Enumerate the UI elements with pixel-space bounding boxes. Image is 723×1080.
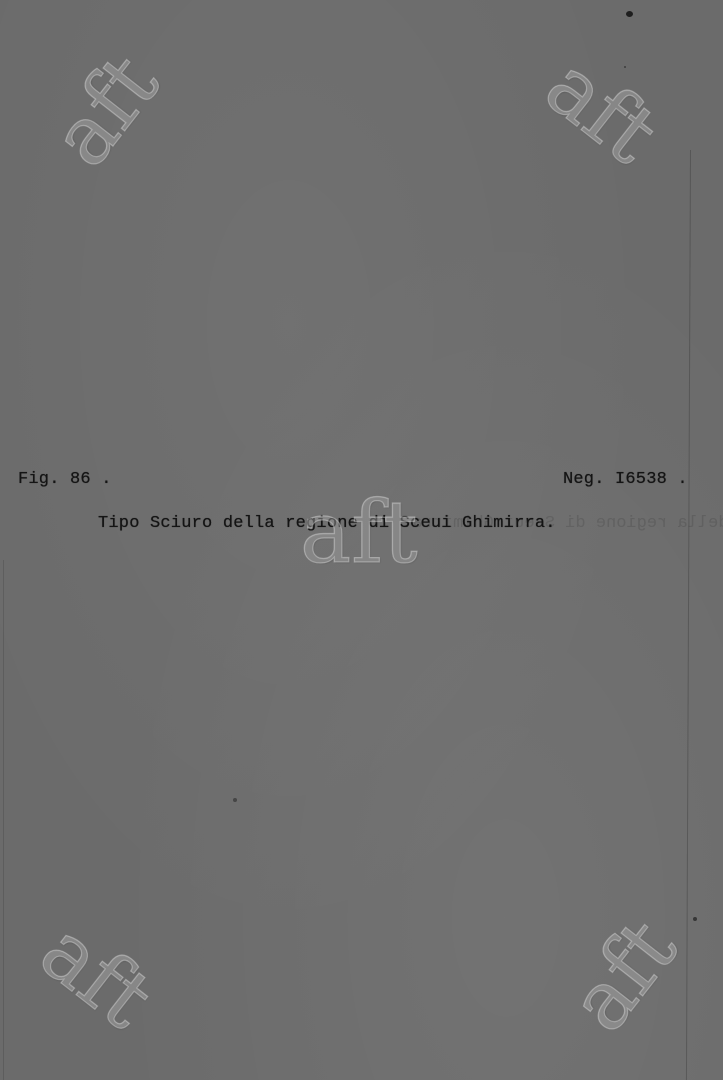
watermark-logo-center: aft: [300, 490, 418, 576]
card-edge-line: [686, 150, 691, 1080]
figure-number: Fig. 86 .: [18, 470, 112, 489]
watermark-logo-bottom-right: aft: [557, 907, 691, 1046]
dust-speck: [693, 917, 697, 921]
dust-speck: [626, 11, 633, 17]
archival-photo-card: Tipo Sciuro della regione di Sceui Ghimi…: [0, 0, 723, 1080]
dust-speck: [233, 798, 237, 802]
watermark-logo-top-right: aft: [532, 44, 671, 178]
negative-number: Neg. I6538 .: [563, 470, 688, 489]
watermark-logo-bottom-left: aft: [27, 909, 166, 1043]
watermark-logo-top-left: aft: [39, 42, 173, 181]
card-edge-line-left: [3, 560, 4, 1080]
